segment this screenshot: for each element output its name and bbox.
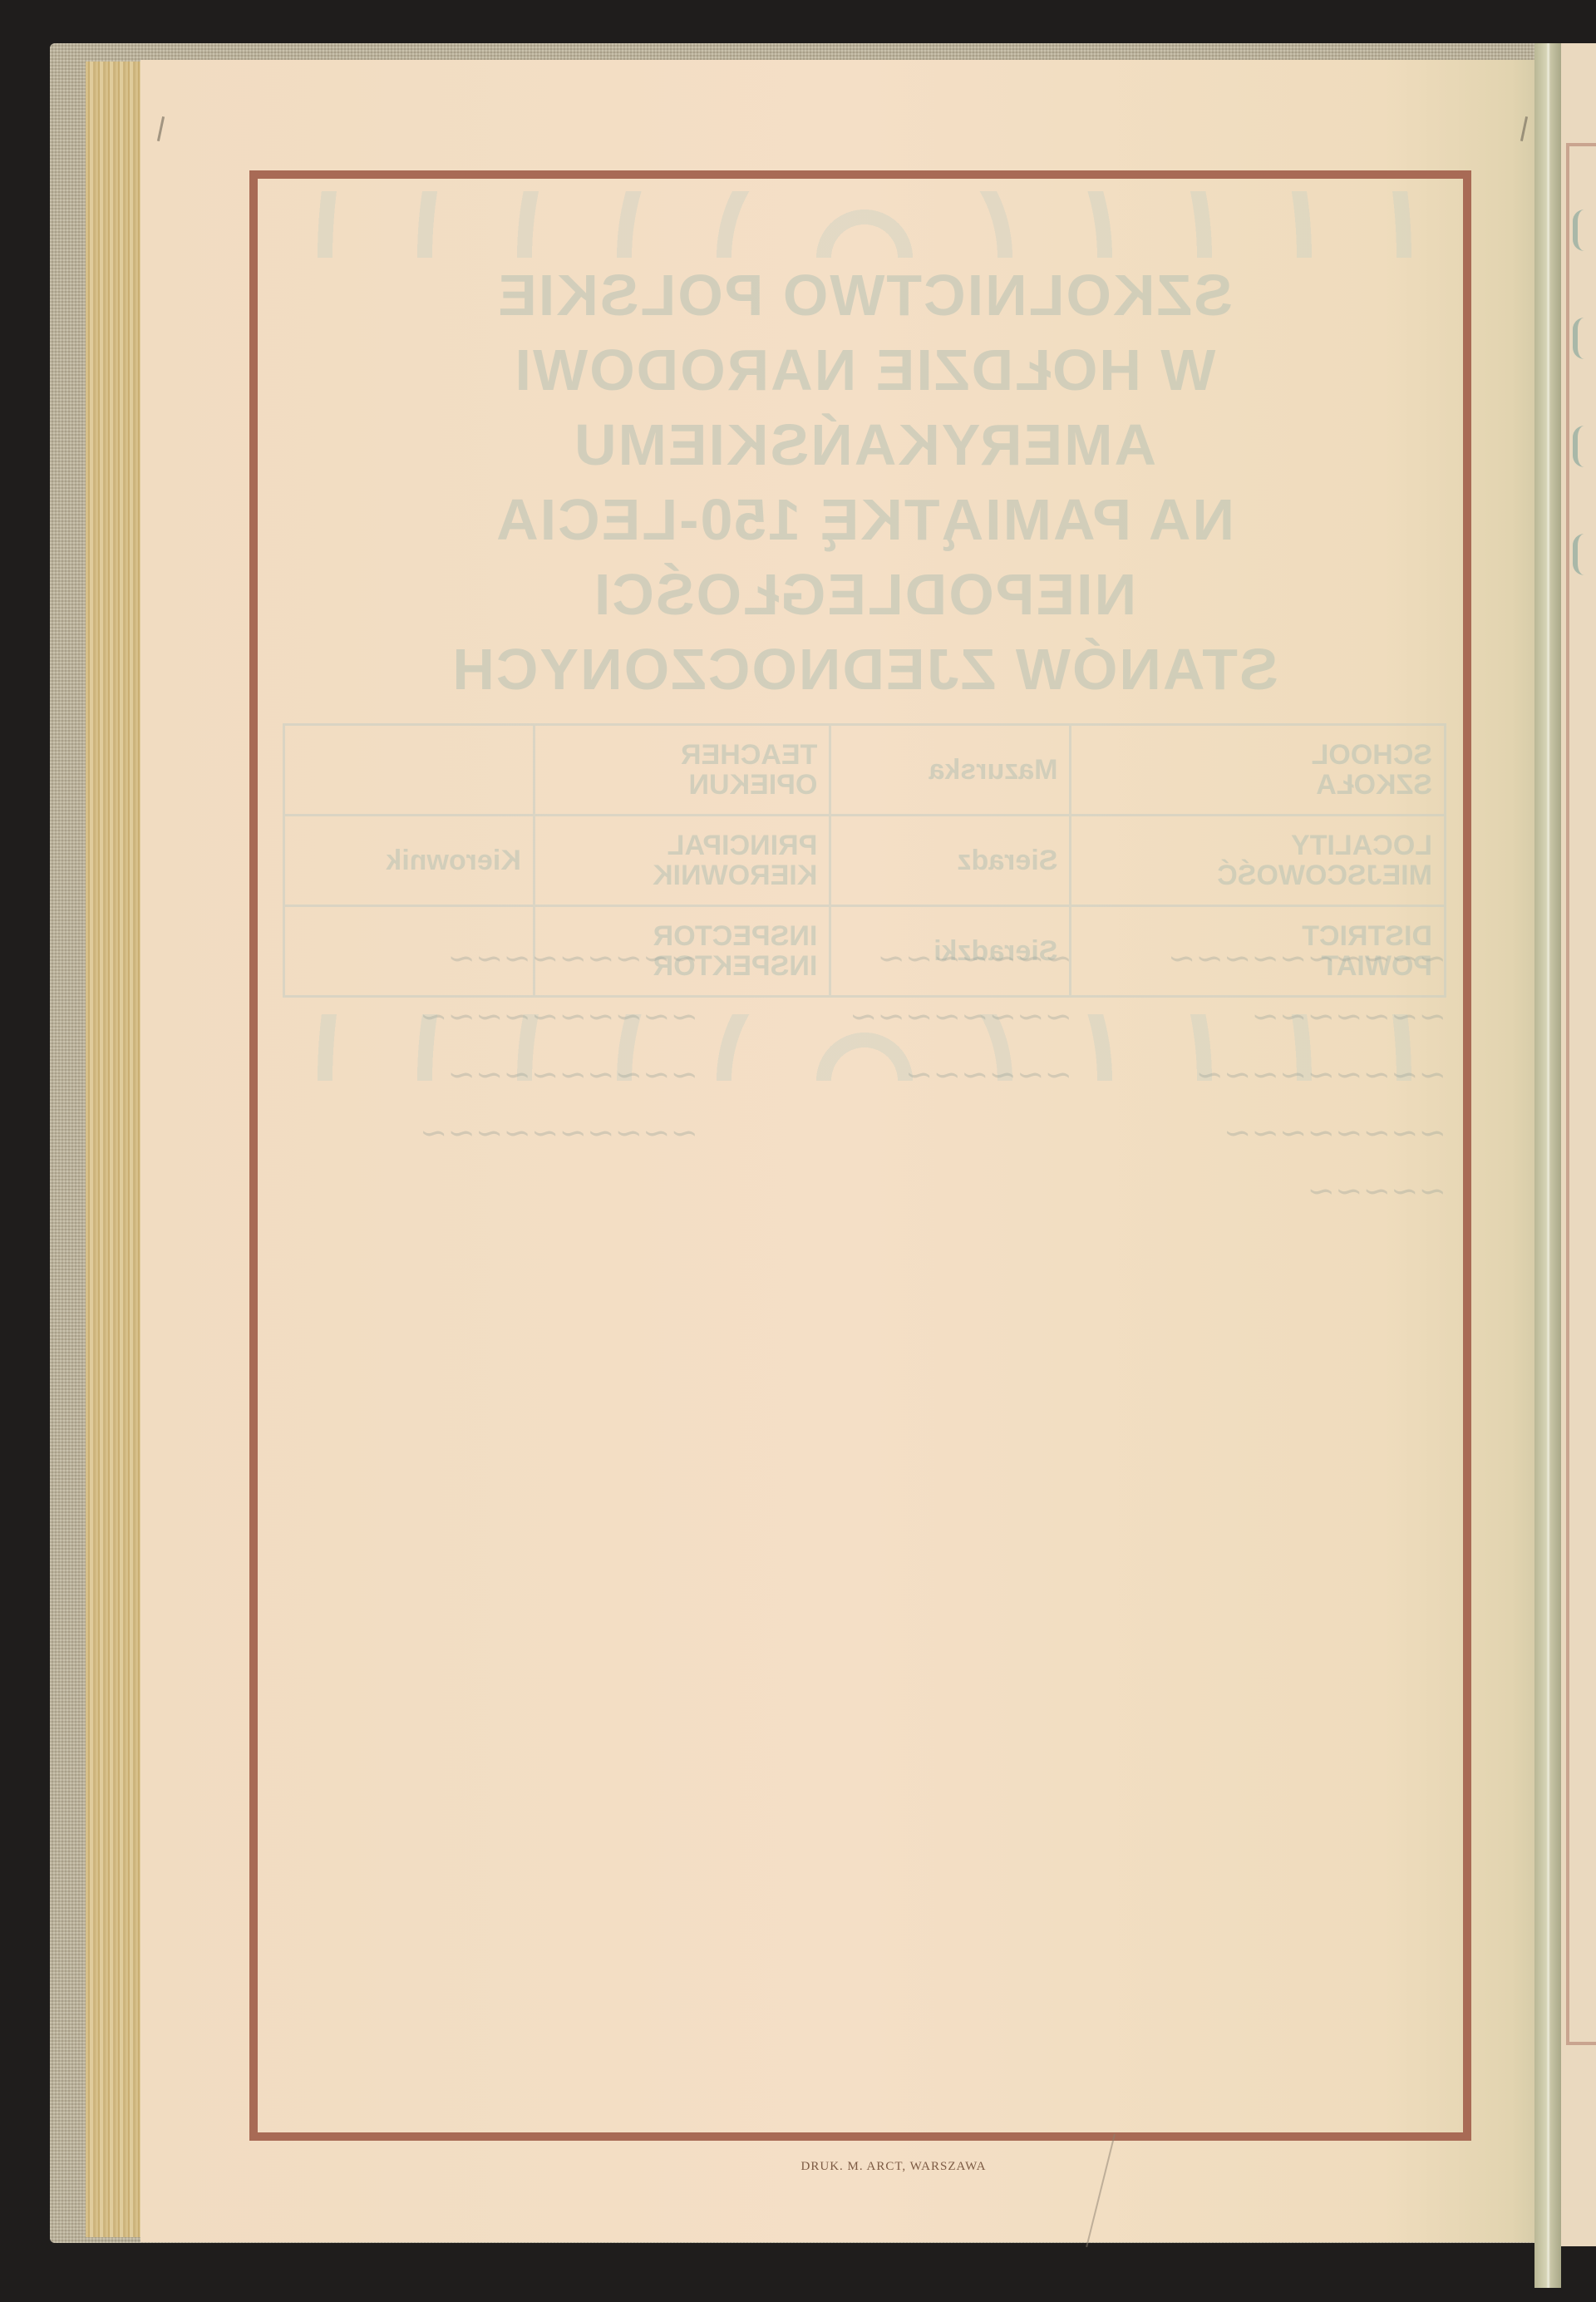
page-edges [86, 62, 140, 2237]
book-gutter [1534, 43, 1561, 2288]
facing-page-ornament [1573, 534, 1596, 575]
facing-page-ornament [1573, 318, 1596, 359]
facing-page-ornament [1573, 426, 1596, 467]
printer-imprint: DRUK. M. ARCT, WARSZAWA [96, 2160, 1596, 2174]
facing-page-ornament [1573, 209, 1596, 251]
facing-page-edge [1561, 43, 1596, 2246]
page-frame-border [249, 170, 1471, 2141]
